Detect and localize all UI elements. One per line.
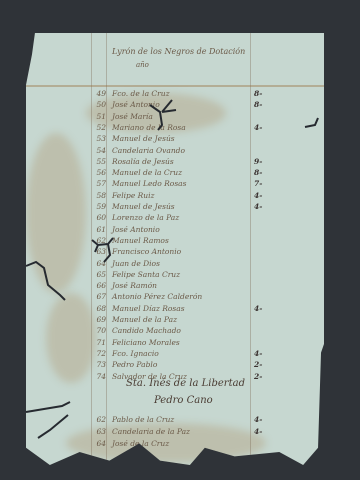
paper-cracks — [0, 0, 360, 480]
crack — [38, 415, 68, 438]
crack — [26, 262, 65, 300]
crack — [92, 238, 113, 262]
crack — [305, 118, 318, 127]
crack — [150, 100, 176, 130]
crack — [26, 402, 70, 412]
